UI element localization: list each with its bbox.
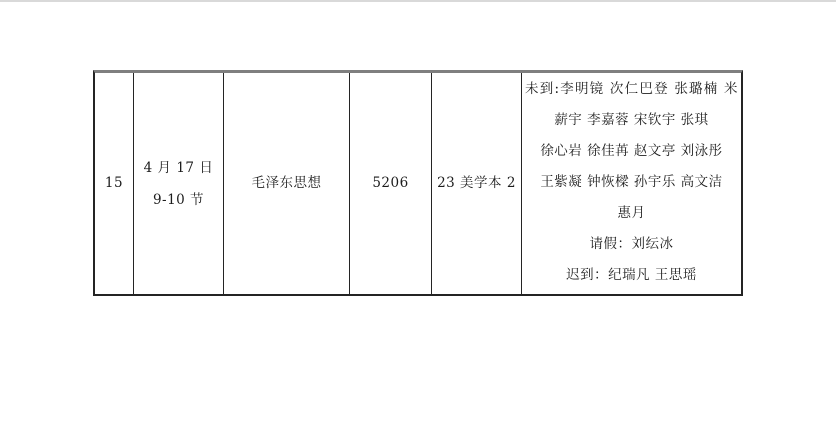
attendance-line: 徐心岩 徐佳苒 赵文亭 刘泳彤 xyxy=(525,143,738,161)
attendance-table: 15 4 月 17 日 9-10 节 毛泽东思想 5206 23 美学本 2 未… xyxy=(93,70,743,296)
date-text: 4 月 17 日 xyxy=(144,152,214,184)
cell-attendance: 未到:李明镜 次仁巴登 张璐楠 米 薪宇 李嘉蓉 宋钦宇 张琪 徐心岩 徐佳苒 … xyxy=(522,73,741,294)
room-number: 5206 xyxy=(372,175,408,193)
class-name: 23 美学本 2 xyxy=(437,175,516,193)
cell-course: 毛泽东思想 xyxy=(224,73,350,294)
document-page: 15 4 月 17 日 9-10 节 毛泽东思想 5206 23 美学本 2 未… xyxy=(0,0,836,428)
attendance-line: 薪宇 李嘉蓉 宋钦宇 张琪 xyxy=(525,112,738,130)
attendance-line: 请假：刘纭冰 xyxy=(525,236,738,254)
cell-date-period: 4 月 17 日 9-10 节 xyxy=(134,73,224,294)
attendance-line: 未到:李明镜 次仁巴登 张璐楠 米 xyxy=(525,81,738,99)
page-top-divider xyxy=(0,0,836,2)
period-text: 9-10 节 xyxy=(153,184,204,216)
cell-class: 23 美学本 2 xyxy=(432,73,522,294)
attendance-line: 王紫凝 钟恢樑 孙宇乐 高文洁 xyxy=(525,174,738,192)
cell-room: 5206 xyxy=(350,73,432,294)
attendance-line: 迟到：纪瑞凡 王思瑶 xyxy=(525,267,738,285)
attendance-line: 惠月 xyxy=(525,205,738,223)
row-number: 15 xyxy=(105,175,123,193)
cell-row-number: 15 xyxy=(95,73,134,294)
course-name: 毛泽东思想 xyxy=(252,175,322,193)
